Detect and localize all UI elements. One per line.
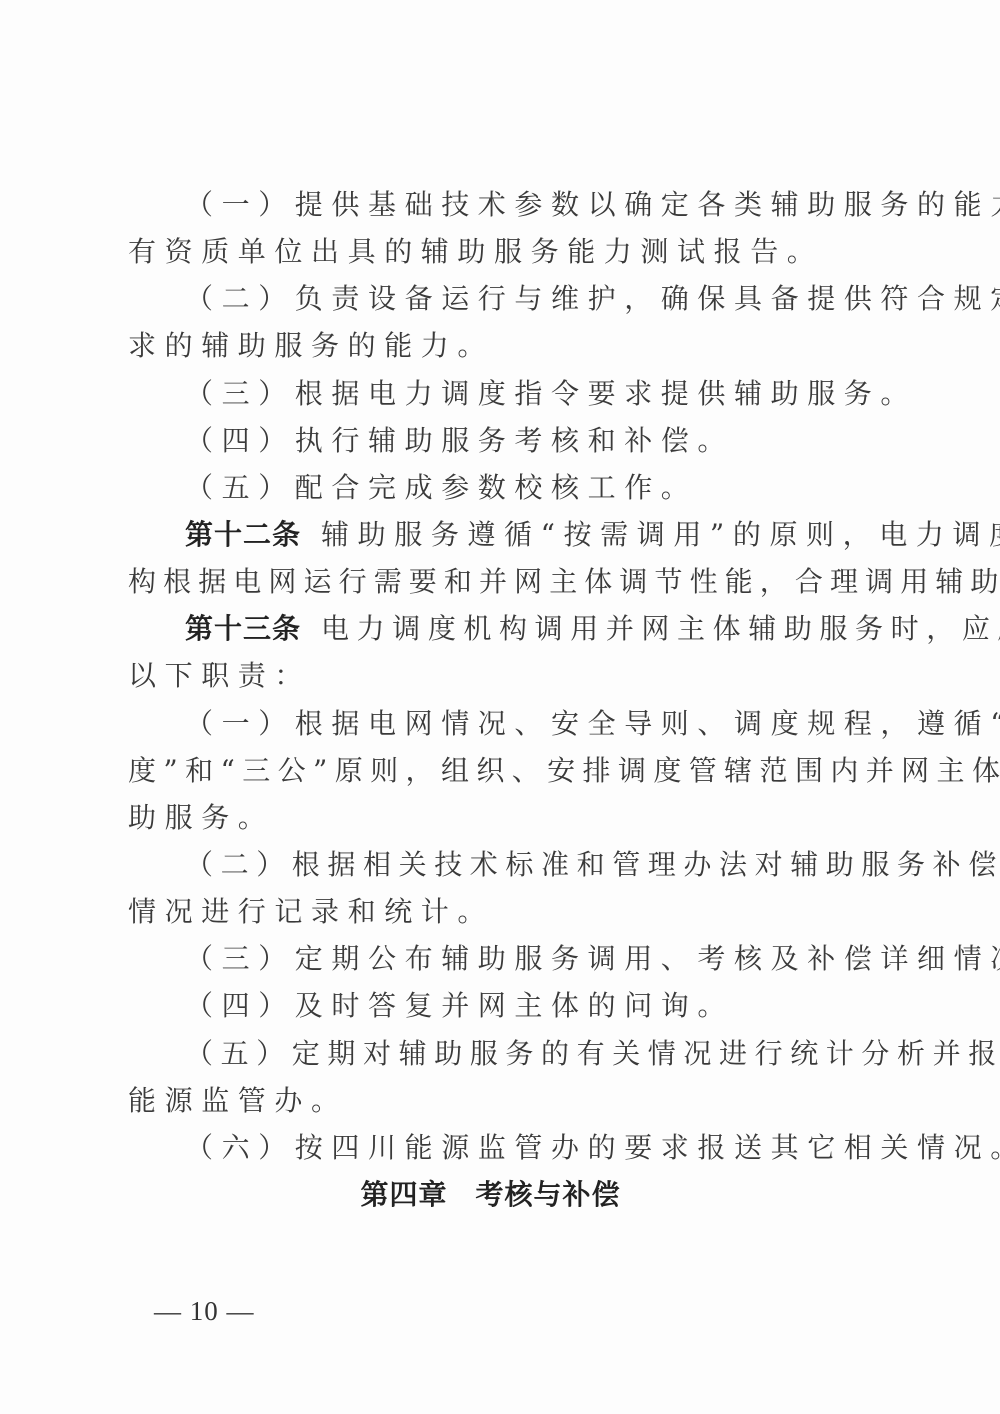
chapter-heading: 第四章考核与补偿 xyxy=(113,1171,868,1218)
document-body: （一）提供基础技术参数以确定各类辅助服务的能力，提供 有资质单位出具的辅助服务能… xyxy=(128,181,868,1218)
paragraph-line: 以下职责： xyxy=(128,652,868,699)
paragraph-line: 求的辅助服务的能力。 xyxy=(128,322,868,369)
article-number: 第十二条 xyxy=(185,518,301,551)
paragraph-line: 助服务。 xyxy=(128,794,868,841)
article-text: 电力调度机构调用并网主体辅助服务时，应履行 xyxy=(321,612,1000,645)
paragraph-line: （五）定期对辅助服务的有关情况进行统计分析并报送四川 xyxy=(128,1030,868,1077)
chapter-title: 考核与补偿 xyxy=(476,1178,621,1211)
paragraph-line: 有资质单位出具的辅助服务能力测试报告。 xyxy=(128,228,868,275)
paragraph-line: （四）执行辅助服务考核和补偿。 xyxy=(128,417,868,464)
paragraph-line: 能源监管办。 xyxy=(128,1077,868,1124)
article-13: 第十三条电力调度机构调用并网主体辅助服务时，应履行 xyxy=(128,605,868,652)
paragraph-line: （二）负责设备运行与维护，确保具备提供符合规定标准要 xyxy=(128,275,868,322)
paragraph-line: （三）根据电力调度指令要求提供辅助服务。 xyxy=(128,370,868,417)
paragraph-line: （二）根据相关技术标准和管理办法对辅助服务补偿、考核 xyxy=(128,841,868,888)
page-number: — 10 — xyxy=(154,1296,255,1327)
chapter-number: 第四章 xyxy=(360,1178,447,1211)
paragraph-line: （一）根据电网情况、安全导则、调度规程，遵循“按需调 xyxy=(128,700,868,747)
paragraph-line: 情况进行记录和统计。 xyxy=(128,888,868,935)
document-page: （一）提供基础技术参数以确定各类辅助服务的能力，提供 有资质单位出具的辅助服务能… xyxy=(0,0,1000,1414)
paragraph-line: （四）及时答复并网主体的问询。 xyxy=(128,982,868,1029)
article-text: 辅助服务遵循“按需调用”的原则，电力调度机 xyxy=(321,518,1000,551)
paragraph-line: （三）定期公布辅助服务调用、考核及补偿详细情况。 xyxy=(128,935,868,982)
paragraph-line: （五）配合完成参数校核工作。 xyxy=(128,464,868,511)
article-number: 第十三条 xyxy=(185,612,301,645)
paragraph-line: （一）提供基础技术参数以确定各类辅助服务的能力，提供 xyxy=(128,181,868,228)
paragraph-line: 度”和“三公”原则，组织、安排调度管辖范围内并网主体的辅 xyxy=(128,747,868,794)
paragraph-line: 构根据电网运行需要和并网主体调节性能，合理调用辅助服务。 xyxy=(128,558,868,605)
paragraph-line: （六）按四川能源监管办的要求报送其它相关情况。 xyxy=(128,1124,868,1171)
article-12: 第十二条辅助服务遵循“按需调用”的原则，电力调度机 xyxy=(128,511,868,558)
